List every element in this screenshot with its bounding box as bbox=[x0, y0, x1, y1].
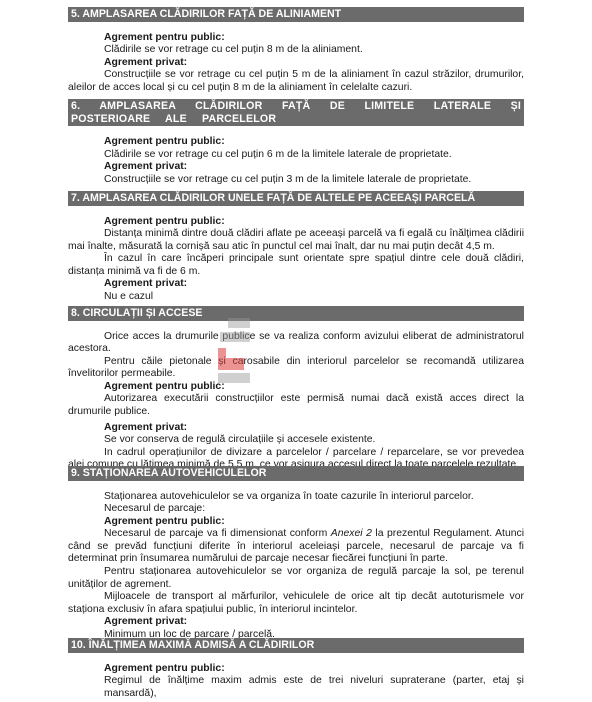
section-8: 8. CIRCULAȚII ȘI ACCESE Orice acces la d… bbox=[68, 306, 524, 472]
section-8-public-text: Autorizarea executării construcțiilor es… bbox=[68, 393, 524, 418]
section-9-title: 9. STAȚIONAREA AUTOVEHICULELOR bbox=[68, 466, 524, 481]
section-7: 7. AMPLASAREA CLĂDIRILOR UNELE FAȚĂ DE A… bbox=[68, 191, 524, 304]
annex-reference: Anexei 2 bbox=[331, 528, 372, 539]
section-8-private-label: Agrement privat: bbox=[68, 422, 524, 435]
section-6-title: 6. AMPLASAREA CLĂDIRILOR FAȚĂ DE LIMITEL… bbox=[68, 99, 524, 126]
section-8-intro-para: Pentru căile pietonale și carosabile din… bbox=[68, 356, 524, 381]
section-7-public-para: În cazul în care încăperi principale sun… bbox=[68, 253, 524, 278]
section-6-public-label: Agrement pentru public: bbox=[68, 136, 524, 149]
section-10: 10. ÎNĂLȚIMEA MAXIMĂ ADMISĂ A CLĂDIRILOR… bbox=[68, 638, 524, 700]
section-9-public-para: Mijloacele de transport al mărfurilor, v… bbox=[68, 591, 524, 616]
section-8-public-label: Agrement pentru public: bbox=[68, 381, 524, 394]
section-9-public-para: Necesarul de parcaje va fi dimensionat c… bbox=[68, 528, 524, 566]
section-8-private-line: Se vor conserva de regulă circulațiile ș… bbox=[68, 434, 524, 447]
section-9-private-label: Agrement privat: bbox=[68, 616, 524, 629]
section-8-intro-para: Orice acces la drumurile publice se va r… bbox=[68, 331, 524, 356]
section-9: 9. STAȚIONAREA AUTOVEHICULELOR Staționar… bbox=[68, 466, 524, 642]
section-7-private-text: Nu e cazul bbox=[68, 291, 524, 304]
section-10-public-label: Agrement pentru public: bbox=[68, 663, 524, 676]
section-9-public-label: Agrement pentru public: bbox=[68, 516, 524, 529]
section-5-title: 5. AMPLASAREA CLĂDIRILOR FAȚĂ DE ALINIAM… bbox=[68, 7, 524, 22]
section-5-public-text: Clădirile se vor retrage cu cel puțin 8 … bbox=[68, 44, 524, 57]
section-7-private-label: Agrement privat: bbox=[68, 278, 524, 291]
section-6-private-label: Agrement privat: bbox=[68, 161, 524, 174]
text-run: Necesarul de parcaje va fi dimensionat c… bbox=[104, 528, 331, 539]
section-9-public-para: Pentru staționarea autovehiculelor se vo… bbox=[68, 566, 524, 591]
section-5: 5. AMPLASAREA CLĂDIRILOR FAȚĂ DE ALINIAM… bbox=[68, 7, 524, 101]
section-10-title: 10. ÎNĂLȚIMEA MAXIMĂ ADMISĂ A CLĂDIRILOR bbox=[68, 638, 524, 653]
section-9-intro-line: Necesarul de parcaje: bbox=[68, 503, 524, 516]
section-10-public-text: Regimul de înălțime maxim admis este de … bbox=[68, 675, 524, 700]
section-6-private-text: Construcțiile se vor retrage cu cel puți… bbox=[68, 174, 524, 187]
section-7-public-para: Distanța minimă dintre două clădiri afla… bbox=[68, 228, 524, 253]
section-9-intro-line: Staționarea autovehiculelor se va organi… bbox=[68, 491, 524, 504]
section-6: 6. AMPLASAREA CLĂDIRILOR FAȚĂ DE LIMITEL… bbox=[68, 99, 524, 186]
section-7-public-label: Agrement pentru public: bbox=[68, 216, 524, 229]
section-5-public-label: Agrement pentru public: bbox=[68, 32, 524, 45]
section-5-private-label: Agrement privat: bbox=[68, 57, 524, 70]
section-7-title: 7. AMPLASAREA CLĂDIRILOR UNELE FAȚĂ DE A… bbox=[68, 191, 524, 206]
section-8-title: 8. CIRCULAȚII ȘI ACCESE bbox=[68, 306, 524, 321]
section-6-public-text: Clădirile se vor retrage cu cel puțin 6 … bbox=[68, 149, 524, 162]
section-5-private-text: Construcțiile se vor retrage cu cel puți… bbox=[68, 69, 524, 94]
